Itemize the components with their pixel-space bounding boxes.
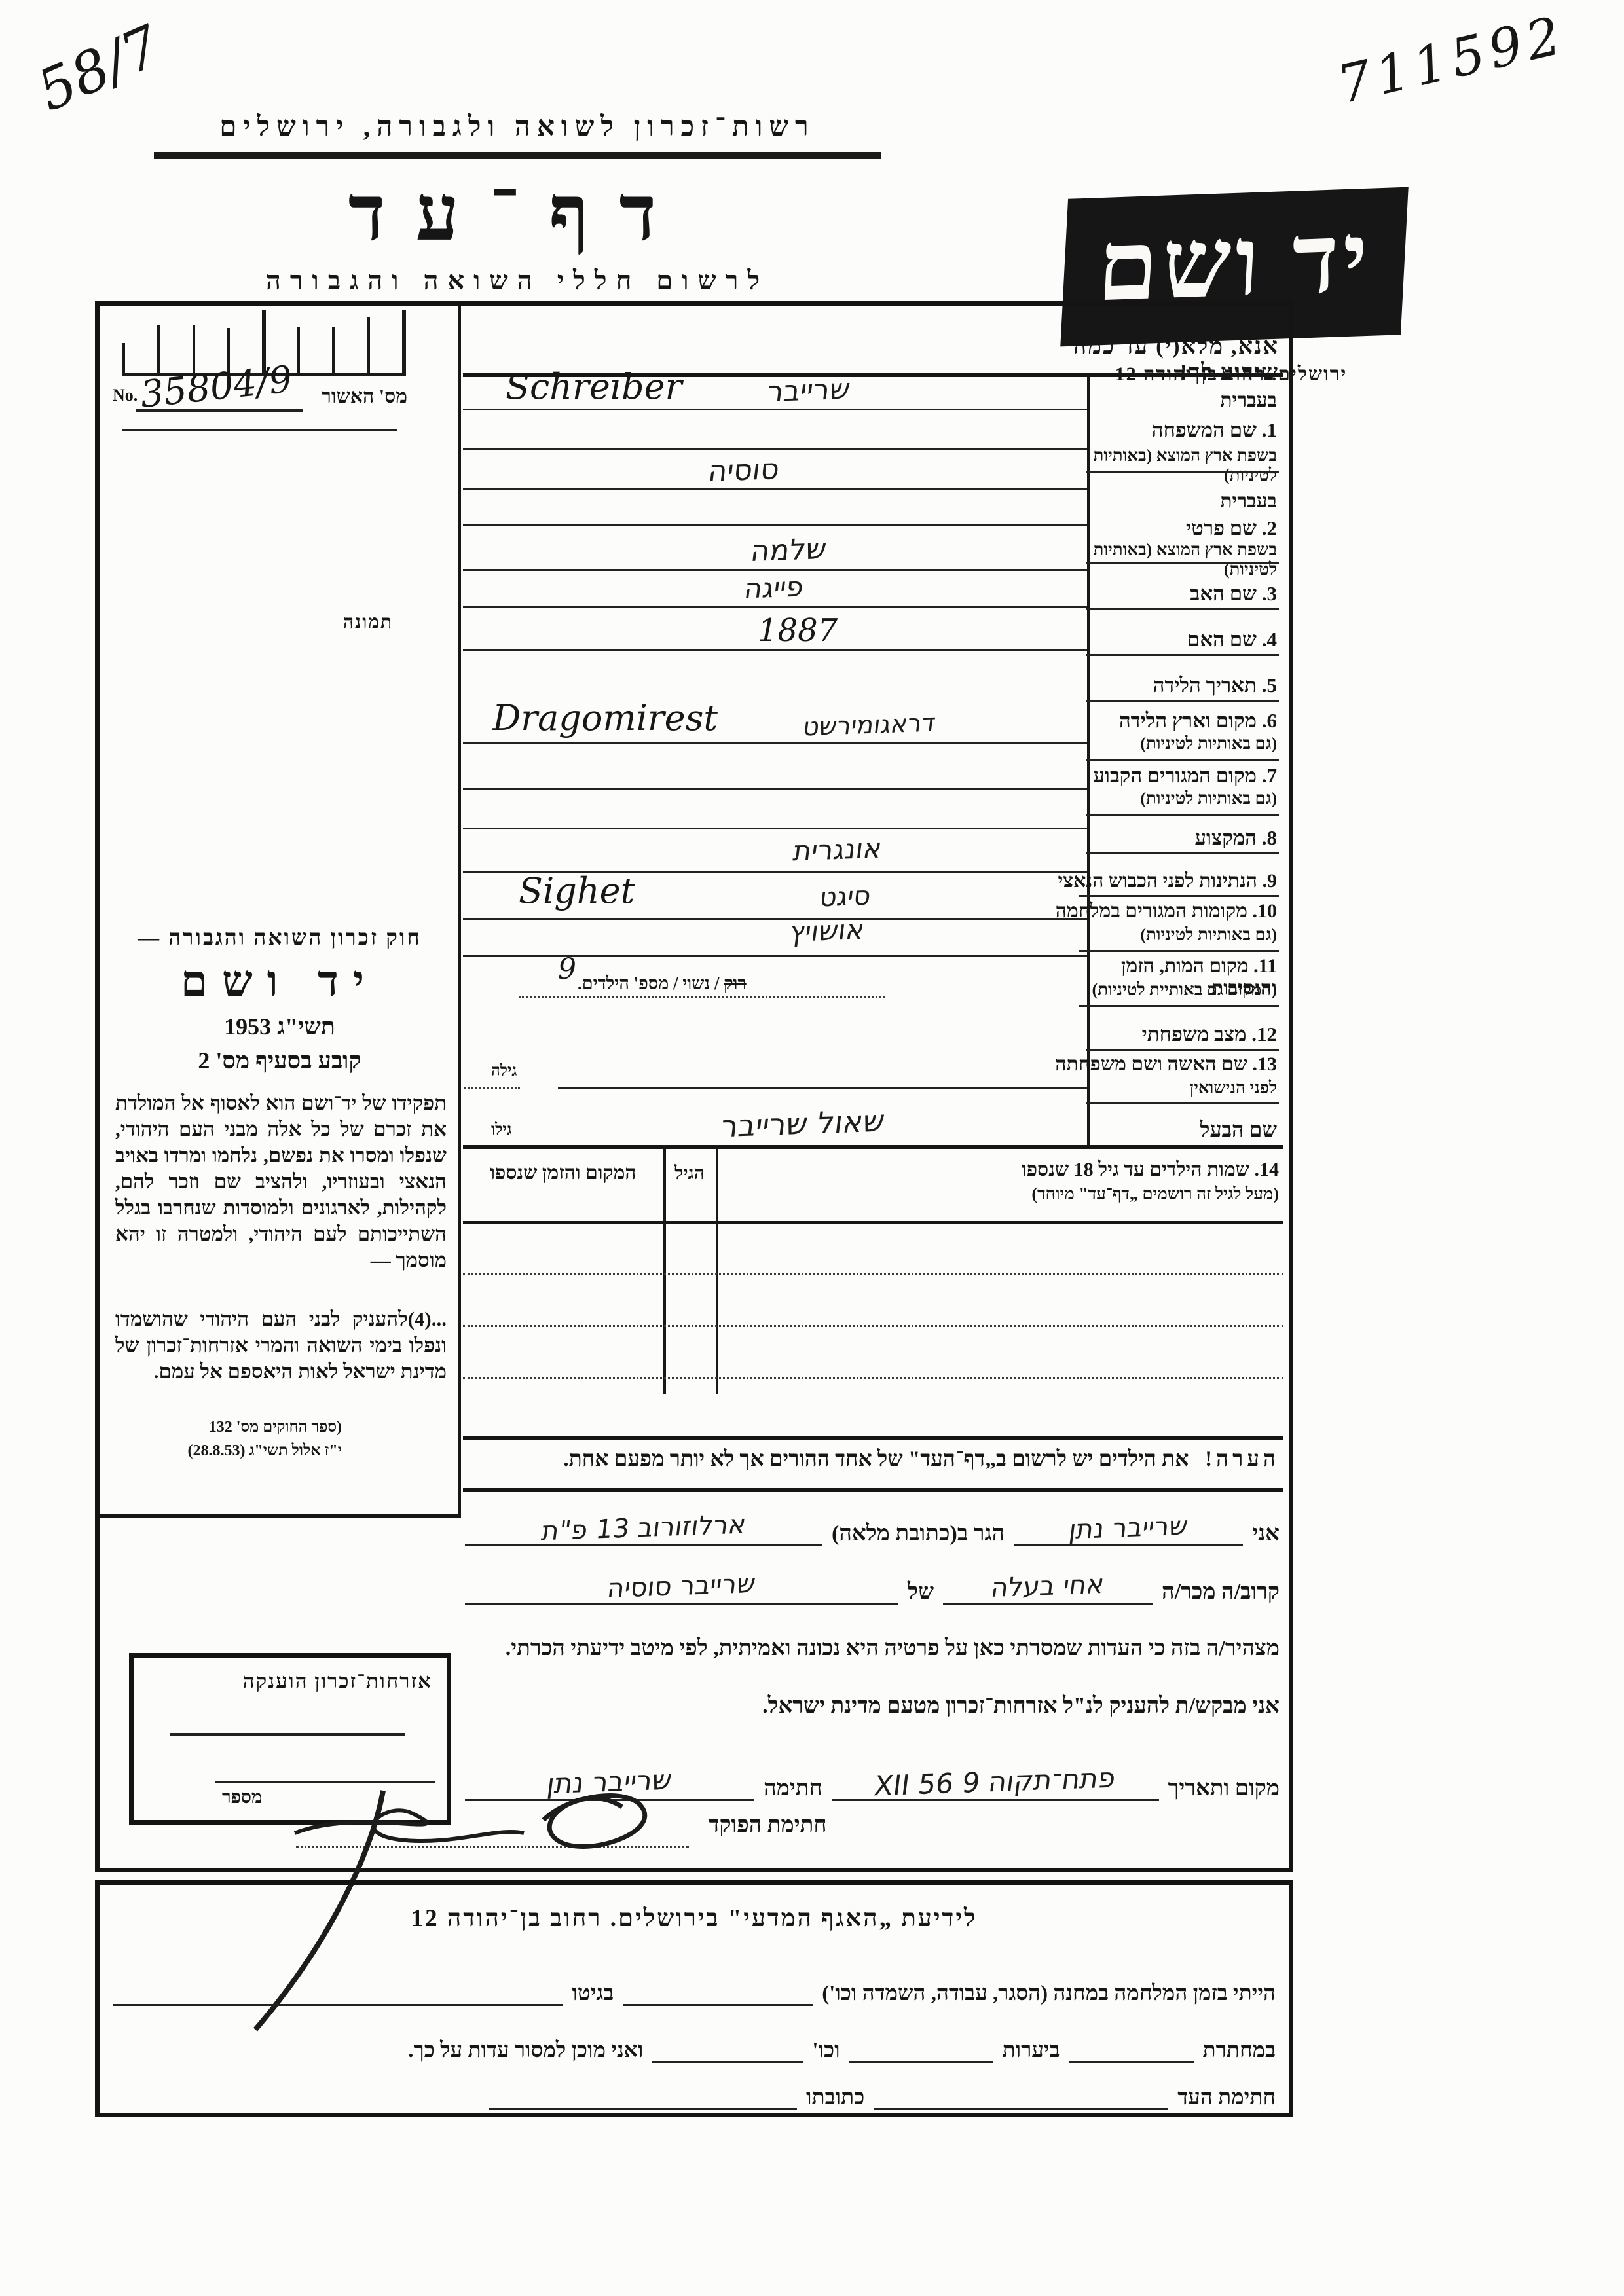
answer-line-birthplace — [463, 742, 1087, 744]
witness-address-line — [489, 2107, 797, 2110]
official-signature-line — [296, 1846, 689, 1848]
table-col-divider-2 — [716, 1145, 718, 1394]
main-form-frame: No. 35804/9 מס' האשור תמונה חוק זכרון הש… — [95, 301, 1293, 1872]
family-name-latin-value: Schreiber — [506, 366, 682, 407]
left-panel-bottom-rule — [100, 1514, 461, 1518]
declarant-name-value: שרייבר נתן — [1014, 1513, 1243, 1546]
war-place-hebrew-value: סיגט — [820, 882, 870, 912]
label-rule-1 — [1086, 471, 1279, 473]
answer-line-mother — [463, 606, 1087, 608]
underground-value-line — [1069, 2060, 1194, 2063]
stamp-title: אזרחות־זכרון הוענקה — [151, 1669, 432, 1693]
field4-label: 4. שם האם — [1061, 628, 1277, 651]
label-rule-6 — [1086, 759, 1279, 761]
signature-label: חתימה — [764, 1776, 822, 1801]
declaration-text: מצהיר/ה בזה כי העדות שמסרתי כאן על פרטיה… — [466, 1636, 1280, 1661]
forests-value-line — [849, 2060, 993, 2063]
field1-lang-he: בעברית — [1080, 390, 1277, 412]
note-top-rule — [463, 1436, 1283, 1440]
marital-options: רוק / נשוי / מספ' הילדים. — [578, 974, 747, 994]
file-handwritten-number: 711592 — [1332, 4, 1571, 115]
witness-signature-value: שרייבר נתן — [465, 1766, 754, 1801]
stamp-number-label: מספר — [222, 1787, 263, 1808]
label-rule-11 — [1079, 1005, 1279, 1007]
field5-label: 5. תאריך הלידה — [1061, 674, 1277, 697]
field2-sub: בשפת ארץ המוצא (באותיות לטיניות) — [1061, 540, 1277, 579]
field7-label: 7. מקום המגורים הקבוע — [1061, 764, 1277, 788]
law-title: חוק זכרון השואה והגבורה — — [113, 926, 447, 951]
lower-title: לידיעת „האגף המדעי" בירושלים. רחוב בן־יה… — [100, 1904, 1289, 1933]
answer-line-family — [463, 409, 1087, 410]
relation-value: אחי בעלה — [943, 1571, 1153, 1605]
label-rule-9 — [1079, 895, 1279, 897]
table-place-header: המקום והזמן שנספו — [466, 1162, 660, 1184]
answer-line-marital — [519, 996, 885, 998]
witness-signature-label: חתימת העד — [1177, 2086, 1276, 2110]
law-year: תשי"ג 1953 — [113, 1013, 447, 1040]
note-bottom-rule — [463, 1488, 1283, 1492]
note-title: הערה! — [1205, 1448, 1280, 1471]
field2-label: 2. שם פרטי — [1061, 517, 1277, 540]
label-rule-2 — [1086, 562, 1279, 564]
address-value: ארלוזורוב 13 פ"ת — [465, 1513, 822, 1546]
label-rule-13 — [1086, 1102, 1279, 1104]
field13-label: 13. שם האשה ושם משפחתה — [1054, 1053, 1277, 1076]
relation-label: קרוב/ה מכר/ה — [1162, 1580, 1280, 1605]
answer-line-deathplace — [463, 955, 1087, 957]
field1-sub: בשפת ארץ המוצא (באותיות לטיניות) — [1061, 446, 1277, 485]
underground-row: במחתרת ביערות וכו' ואני מוכן למסור עדות … — [113, 2024, 1276, 2063]
answer-line-father — [463, 569, 1087, 571]
left-panel-divider — [458, 306, 461, 1516]
field10-label: 10. מקומות המגורים במלחמה — [1054, 900, 1277, 922]
table-row-1 — [463, 1273, 1283, 1275]
field2-lang-he: בעברית — [1080, 490, 1277, 513]
ghetto-value-line — [113, 2003, 563, 2006]
field11-sub: (המקום גם באותיית לטיניות) — [1061, 980, 1277, 1000]
law-reference-1: (ספר החוקים מס' 132 — [119, 1419, 342, 1436]
page-subtitle: לרשום חללי השואה והגבורה — [154, 265, 881, 296]
ghetto-label: בגיטו — [572, 1982, 614, 2006]
field10-sub: (גם באותיות לטיניות) — [1061, 925, 1277, 945]
birth-place-latin-value: Dragomirest — [492, 697, 718, 738]
label-rule-10 — [1079, 950, 1279, 952]
field14-sub: (מעל לגיל זה רושמים „דף־עד" מיוחד) — [971, 1184, 1279, 1204]
law-name: יד ושם — [113, 957, 447, 1007]
table-header-rule — [463, 1221, 1283, 1224]
camp-value-line — [623, 2003, 813, 2006]
answer-line-residence — [463, 828, 1087, 829]
label-rule-5 — [1086, 700, 1279, 702]
answer-line-wife — [558, 1087, 1087, 1089]
underground-label: במחתרת — [1203, 2039, 1276, 2063]
marital-option-rest: / נשוי / מספ' הילדים. — [578, 974, 719, 993]
answer-line-first — [463, 488, 1087, 490]
husband-label: שם הבעל — [1061, 1118, 1277, 1142]
declarant-label: אני — [1252, 1522, 1280, 1546]
field14-label: 14. שמות הילדים עד גיל 18 שנספו — [971, 1159, 1279, 1181]
witness-signature-line — [874, 2107, 1168, 2110]
answer-line-birthplace-2 — [463, 788, 1087, 790]
place-date-label: מקום ותאריך — [1168, 1776, 1280, 1801]
table-age-header: הגיל — [663, 1163, 716, 1184]
answer-line-first-latin — [463, 524, 1087, 526]
father-name-value: שלמה — [751, 534, 826, 567]
field12-label: 12. מצב משפחתי — [1061, 1023, 1277, 1046]
form-header: רשות־זכרון לשואה ולגבורה, ירושלים דף־עד … — [154, 111, 881, 296]
husband-name-value: שאול שרייבר — [722, 1106, 884, 1141]
citizenship-value: אונגרית — [794, 833, 881, 866]
wife-age-label: גילה — [491, 1063, 517, 1080]
camp-row: הייתי בזמן המלחמה במחנה (הסגר, עבודה, הש… — [113, 1967, 1276, 2006]
of-label: של — [908, 1580, 934, 1605]
authority-name: רשות־זכרון לשואה ולגבורה, ירושלים — [154, 111, 881, 143]
field13-sub: לפני הנישואין — [1061, 1078, 1277, 1098]
label-rule-4 — [1086, 654, 1279, 656]
approval-label: מס' האשור — [296, 386, 407, 408]
page-title: דף־עד — [154, 170, 881, 259]
approval-number-line — [136, 409, 303, 412]
first-name-hebrew-value: סוסיה — [709, 454, 779, 487]
note-text: את הילדים יש לרשום ב„דף־העד" של אחד ההור… — [563, 1448, 1189, 1471]
relation-row: קרוב/ה מכר/ה אחי בעלה של שרייבר סוסיה — [465, 1564, 1280, 1605]
birth-place-hebrew-value: דראגומירשט — [803, 710, 935, 739]
witness-signature-row: חתימת העד כתובתו — [113, 2076, 1276, 2110]
place-date-row: מקום ותאריך פתח־תקוה 9 XII 56 חתימה שריי… — [465, 1758, 1280, 1801]
field9-label: 9. הנתינות לפני הכבוש הנאצי — [1054, 870, 1277, 892]
photo-label: תמונה — [343, 612, 393, 633]
answer-line-family-latin — [463, 448, 1087, 450]
field6-sub: (גם באותיות לטיניות) — [1061, 734, 1277, 754]
birth-year-value: 1887 — [758, 612, 838, 649]
field7-sub: (גם באותיות לטיניות) — [1061, 789, 1277, 809]
field1-label: 1. שם המשפחה — [1061, 418, 1277, 442]
approval-second-line — [122, 429, 397, 431]
table-row-2 — [463, 1325, 1283, 1327]
declarant-row: אני שרייבר נתן הגר ב(כתובת מלאה) ארלוזור… — [465, 1506, 1280, 1546]
field8-label: 8. המקצוע — [1061, 826, 1277, 850]
forests-label: ביערות — [1003, 2039, 1060, 2063]
children-note: הערה! את הילדים יש לרשום ב„דף־העד" של אח… — [466, 1448, 1280, 1472]
header-rule — [154, 152, 881, 159]
fill-in-request: אנא, מלא(י) עד כמה שידוע לך! — [1017, 333, 1279, 386]
family-name-hebrew-value: שרייבר — [767, 374, 850, 407]
stamp-line-1 — [170, 1733, 405, 1736]
field6-label-main: 6. מקום וארץ הלידה — [1061, 709, 1277, 733]
table-row-3 — [463, 1377, 1283, 1379]
wife-age-stub — [464, 1087, 520, 1089]
corner-handwritten-number: 58/7 — [28, 13, 170, 124]
request-text: אני מבקש/ת להעניק לנ"ל אזרחות־זכרון מטעם… — [466, 1694, 1280, 1719]
death-place-value: אושויץ — [790, 915, 864, 947]
war-place-latin-value: Sighet — [519, 870, 635, 911]
law-body-text: תפקידו של יד־ושם הוא לאסוף אל המולדת את … — [115, 1090, 447, 1273]
field3-label: 3. שם האב — [1061, 582, 1277, 606]
label-rule-7 — [1086, 814, 1279, 816]
place-date-value: פתח־תקוה 9 XII 56 — [832, 1766, 1159, 1801]
husband-age-label: גילו — [491, 1121, 512, 1139]
law-clause-text: ...(4)להעניק לבני העם היהודי שהושמדו ונפ… — [115, 1306, 447, 1385]
address-label: הגר ב(כתובת מלאה) — [832, 1522, 1005, 1546]
testimony-page: 58/7 711592 רשות־זכרון לשואה ולגבורה, יר… — [0, 0, 1624, 2296]
camp-label: הייתי בזמן המלחמה במחנה (הסגר, עבודה, הש… — [822, 1982, 1276, 2006]
answer-line-warplace — [463, 918, 1087, 920]
label-rule-12 — [1086, 1049, 1279, 1051]
mother-name-value: פייגה — [745, 572, 803, 604]
lower-info-box: לידיעת „האגף המדעי" בירושלים. רחוב בן־יה… — [95, 1880, 1293, 2117]
label-rule-8 — [1086, 852, 1279, 854]
law-reference-2: י"ז אלול תשי"ג (28.8.53) — [119, 1442, 342, 1460]
table-top-rule — [463, 1145, 1283, 1149]
witness-address-label: כתובתו — [806, 2086, 864, 2110]
approval-no-latin-label: No. — [113, 386, 138, 405]
marital-option-single: רוק — [724, 974, 747, 993]
citizenship-stamp-box: אזרחות־זכרון הוענקה מספר — [129, 1653, 451, 1825]
etc-value-line — [652, 2060, 803, 2063]
children-count-value: 9 — [558, 953, 576, 986]
ready-to-testify-label: ואני מוכן למסור עדות על כך. — [408, 2039, 643, 2063]
victim-name-value: שרייבר סוסיה — [465, 1571, 898, 1605]
answer-line-birthdate — [463, 649, 1087, 651]
law-section: קובע בסעיף מס' 2 — [113, 1047, 447, 1074]
label-rule-3 — [1086, 608, 1279, 610]
etc-label: וכו' — [812, 2039, 840, 2063]
official-signature-label: חתימת הפוקד — [709, 1813, 826, 1838]
stamp-line-2 — [215, 1781, 435, 1783]
